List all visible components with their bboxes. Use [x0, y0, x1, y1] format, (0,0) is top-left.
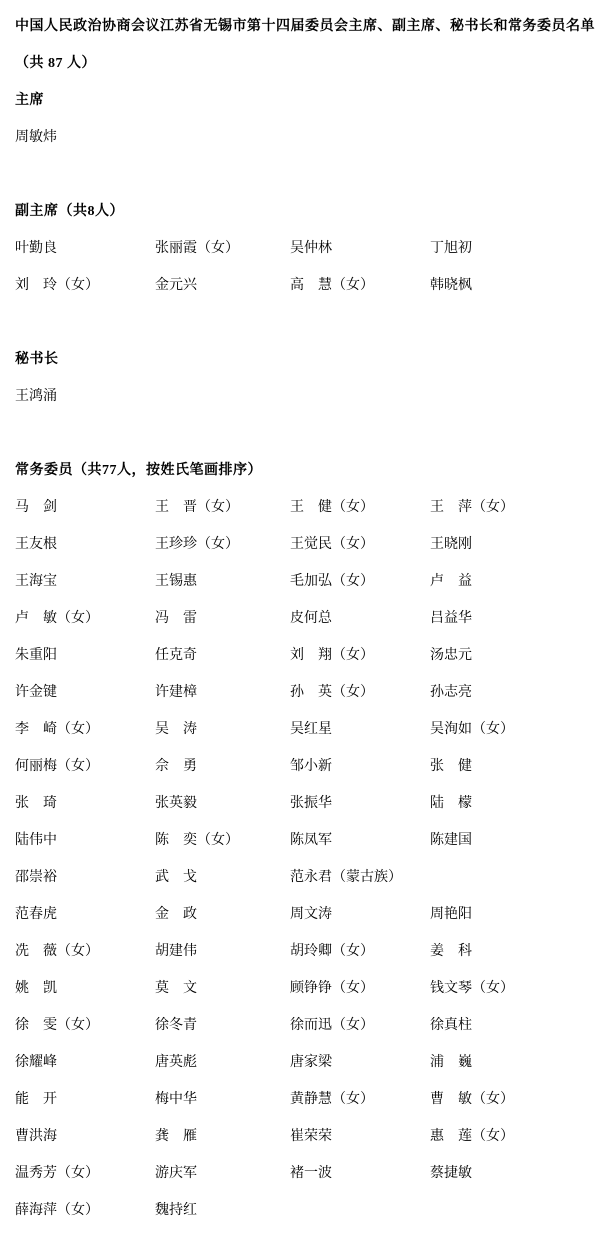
spacer — [15, 304, 585, 341]
member-row: 能 开 梅中华 黄静慧（女） 曹 敏（女） — [15, 1081, 585, 1118]
member-name: 王 萍（女） — [430, 489, 585, 526]
member-name: 叶勤良 — [15, 230, 155, 267]
member-name: 皮何总 — [290, 600, 430, 637]
member-name: 陈凤军 — [290, 822, 430, 859]
member-row: 曹洪海 龚 雁 崔荣荣 惠 莲（女） — [15, 1118, 585, 1155]
member-name: 邵崇裕 — [15, 859, 155, 896]
member-name: 张英毅 — [155, 785, 290, 822]
member-name: 顾铮铮（女） — [290, 970, 430, 1007]
member-row: 王海宝 王锡惠 毛加弘（女） 卢 益 — [15, 563, 585, 600]
member-name: 毛加弘（女） — [290, 563, 430, 600]
member-row: 徐耀峰 唐英彪 唐家梁 浦 巍 — [15, 1044, 585, 1081]
member-name: 王 健（女） — [290, 489, 430, 526]
member-name: 唐英彪 — [155, 1044, 290, 1081]
member-name: 孙 英（女） — [290, 674, 430, 711]
spacer — [15, 156, 585, 193]
member-row: 邵崇裕 武 戈 范永君（蒙古族） — [15, 859, 585, 896]
member-name: 钱文琴（女） — [430, 970, 585, 1007]
member-name: 惠 莲（女） — [430, 1118, 585, 1155]
member-name: 徐 雯（女） — [15, 1007, 155, 1044]
member-name: 曹洪海 — [15, 1118, 155, 1155]
member-name: 陈建国 — [430, 822, 585, 859]
member-name: 汤忠元 — [430, 637, 585, 674]
member-name — [430, 1192, 585, 1229]
member-name: 黄静慧（女） — [290, 1081, 430, 1118]
standing-committee-heading: 常务委员（共77人，按姓氏笔画排序） — [15, 452, 585, 489]
member-name: 温秀芳（女） — [15, 1155, 155, 1192]
member-row: 刘 玲（女） 金元兴 高 慧（女） 韩晓枫 — [15, 267, 585, 304]
member-row: 朱重阳 任克奇 刘 翔（女） 汤忠元 — [15, 637, 585, 674]
member-row: 马 剑 王 晋（女） 王 健（女） 王 萍（女） — [15, 489, 585, 526]
member-name: 卢 敏（女） — [15, 600, 155, 637]
member-name: 张 琦 — [15, 785, 155, 822]
member-name: 徐冬青 — [155, 1007, 290, 1044]
member-name: 梅中华 — [155, 1081, 290, 1118]
document-title-count: （共 87 人） — [15, 45, 585, 82]
member-name: 李 崎（女） — [15, 711, 155, 748]
member-name: 徐真柱 — [430, 1007, 585, 1044]
member-name: 浦 巍 — [430, 1044, 585, 1081]
member-name: 丁旭初 — [430, 230, 585, 267]
member-name: 王觉民（女） — [290, 526, 430, 563]
member-name — [290, 1192, 430, 1229]
member-name: 龚 雁 — [155, 1118, 290, 1155]
member-name: 周文涛 — [290, 896, 430, 933]
member-name: 魏持红 — [155, 1192, 290, 1229]
member-name: 能 开 — [15, 1081, 155, 1118]
member-row: 叶勤良 张丽霞（女） 吴仲林 丁旭初 — [15, 230, 585, 267]
member-name: 张丽霞（女） — [155, 230, 290, 267]
chairman-name: 周敏炜 — [15, 119, 585, 156]
member-name: 王 晋（女） — [155, 489, 290, 526]
member-name: 王晓刚 — [430, 526, 585, 563]
member-name: 陆伟中 — [15, 822, 155, 859]
member-row: 李 崎（女） 吴 涛 吴红星 吴洵如（女） — [15, 711, 585, 748]
member-row: 陆伟中 陈 奕（女） 陈凤军 陈建国 — [15, 822, 585, 859]
vice-chairmen-heading: 副主席（共8人） — [15, 193, 585, 230]
document-title: 中国人民政治协商会议江苏省无锡市第十四届委员会主席、副主席、秘书长和常务委员名单 — [15, 8, 585, 45]
member-name: 许金键 — [15, 674, 155, 711]
chairman-heading: 主席 — [15, 82, 585, 119]
member-name: 徐耀峰 — [15, 1044, 155, 1081]
member-name: 莫 文 — [155, 970, 290, 1007]
member-row: 何丽梅（女） 佘 勇 邹小新 张 健 — [15, 748, 585, 785]
member-name: 朱重阳 — [15, 637, 155, 674]
member-name: 何丽梅（女） — [15, 748, 155, 785]
member-name: 冼 薇（女） — [15, 933, 155, 970]
member-row: 温秀芳（女） 游庆军 褚一波 蔡捷敏 — [15, 1155, 585, 1192]
member-row: 徐 雯（女） 徐冬青 徐而迅（女） 徐真柱 — [15, 1007, 585, 1044]
member-name: 游庆军 — [155, 1155, 290, 1192]
member-name: 刘 玲（女） — [15, 267, 155, 304]
member-name: 周艳阳 — [430, 896, 585, 933]
member-row: 张 琦 张英毅 张振华 陆 檬 — [15, 785, 585, 822]
member-name: 卢 益 — [430, 563, 585, 600]
member-row: 卢 敏（女） 冯 雷 皮何总 吕益华 — [15, 600, 585, 637]
member-name: 马 剑 — [15, 489, 155, 526]
member-row: 薛海萍（女） 魏持红 — [15, 1192, 585, 1229]
member-name: 张振华 — [290, 785, 430, 822]
member-name: 韩晓枫 — [430, 267, 585, 304]
member-name: 蔡捷敏 — [430, 1155, 585, 1192]
member-name: 武 戈 — [155, 859, 290, 896]
member-row: 姚 凯 莫 文 顾铮铮（女） 钱文琴（女） — [15, 970, 585, 1007]
member-row: 许金键 许建樟 孙 英（女） 孙志亮 — [15, 674, 585, 711]
member-name: 范永君（蒙古族） — [290, 859, 430, 896]
member-name: 高 慧（女） — [290, 267, 430, 304]
member-row: 冼 薇（女） 胡建伟 胡玲卿（女） 姜 科 — [15, 933, 585, 970]
member-name: 邹小新 — [290, 748, 430, 785]
member-name: 吕益华 — [430, 600, 585, 637]
member-name: 王珍珍（女） — [155, 526, 290, 563]
member-name: 姜 科 — [430, 933, 585, 970]
member-name: 范春虎 — [15, 896, 155, 933]
member-name: 陈 奕（女） — [155, 822, 290, 859]
member-name: 孙志亮 — [430, 674, 585, 711]
member-row: 王友根 王珍珍（女） 王觉民（女） 王晓刚 — [15, 526, 585, 563]
member-name: 佘 勇 — [155, 748, 290, 785]
member-name: 薛海萍（女） — [15, 1192, 155, 1229]
member-name: 徐而迅（女） — [290, 1007, 430, 1044]
member-name: 吴仲林 — [290, 230, 430, 267]
member-name: 吴红星 — [290, 711, 430, 748]
member-name: 冯 雷 — [155, 600, 290, 637]
member-name: 王锡惠 — [155, 563, 290, 600]
member-name: 陆 檬 — [430, 785, 585, 822]
member-name: 许建樟 — [155, 674, 290, 711]
member-name: 张 健 — [430, 748, 585, 785]
secretary-general-heading: 秘书长 — [15, 341, 585, 378]
member-name: 金 政 — [155, 896, 290, 933]
spacer — [15, 415, 585, 452]
member-name: 崔荣荣 — [290, 1118, 430, 1155]
member-name: 刘 翔（女） — [290, 637, 430, 674]
member-name: 曹 敏（女） — [430, 1081, 585, 1118]
member-row: 范春虎 金 政 周文涛 周艳阳 — [15, 896, 585, 933]
member-name: 王友根 — [15, 526, 155, 563]
member-name: 吴洵如（女） — [430, 711, 585, 748]
member-name: 胡玲卿（女） — [290, 933, 430, 970]
member-name: 褚一波 — [290, 1155, 430, 1192]
member-name: 吴 涛 — [155, 711, 290, 748]
member-name: 姚 凯 — [15, 970, 155, 1007]
member-name — [430, 859, 585, 896]
document-page: 中国人民政治协商会议江苏省无锡市第十四届委员会主席、副主席、秘书长和常务委员名单… — [0, 0, 600, 1257]
member-name: 唐家梁 — [290, 1044, 430, 1081]
member-name: 任克奇 — [155, 637, 290, 674]
secretary-general-name: 王鸿涌 — [15, 378, 585, 415]
member-name: 王海宝 — [15, 563, 155, 600]
member-name: 胡建伟 — [155, 933, 290, 970]
member-name: 金元兴 — [155, 267, 290, 304]
